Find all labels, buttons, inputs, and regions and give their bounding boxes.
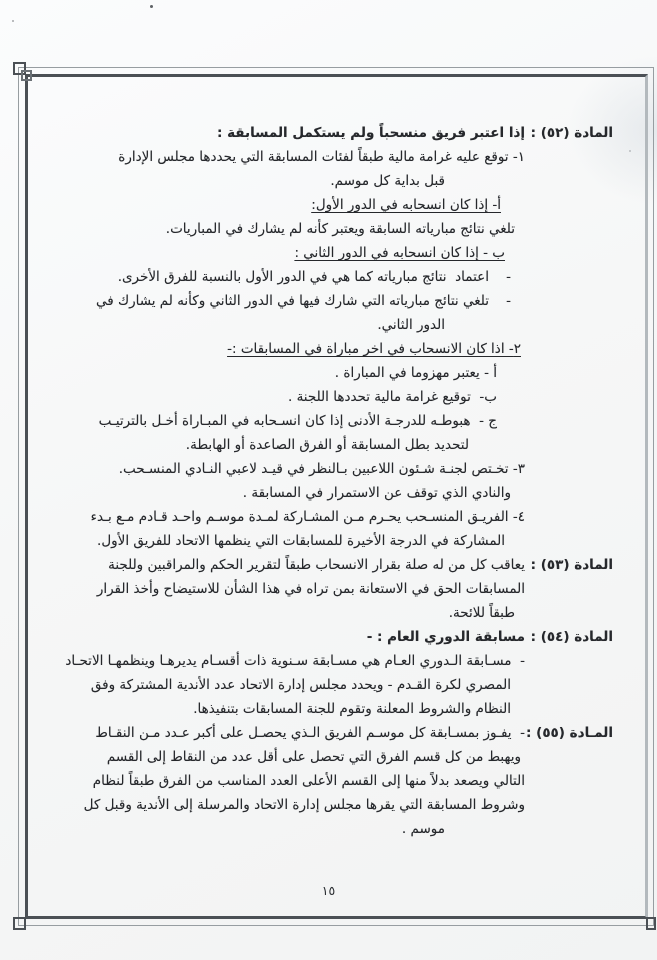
text-line: والنادي الذي توقف عن الاستمرار في المساب… bbox=[50, 481, 525, 505]
text-line: يعاقب كل من له صلة بقرار الانسحاب طبقاً … bbox=[50, 553, 525, 577]
border-corner-ornament bbox=[13, 917, 26, 930]
text-line: تلغي نتائج مبارياته السابقة ويعتبر كأنه … bbox=[50, 217, 525, 241]
subsection-heading: ب - إذا كان انسحابه في الدور الثاني : bbox=[50, 241, 525, 265]
text-line: - اعتماد نتائج مبارياته كما هي في الدور … bbox=[50, 265, 525, 289]
article-54-body: مسابقة الدوري العام : - - مسـابقة الـدور… bbox=[50, 625, 525, 721]
page-content: المادة (٥٢) : إذا اعتبر فريق منسحباً ولم… bbox=[50, 121, 613, 841]
text-line: ٤- الفريـق المنسـحب يحـرم مـن المشـاركة … bbox=[50, 505, 525, 529]
text-line: - مسـابقة الـدوري العـام هي مسـابقة سـنو… bbox=[50, 649, 525, 673]
article-54: المادة (٥٤) : مسابقة الدوري العام : - - … bbox=[50, 625, 613, 721]
text-line: المصري لكرة القـدم - ويحدد مجلس إدارة ال… bbox=[50, 673, 525, 697]
text-line: - تلغي نتائج مبارياته التي شارك فيها في … bbox=[50, 289, 525, 313]
page-number: ١٥ bbox=[0, 883, 657, 898]
article-53-body: يعاقب كل من له صلة بقرار الانسحاب طبقاً … bbox=[50, 553, 525, 625]
text-line: ٣- تخـتص لجنـة شـئون اللاعبين بـالنظر في… bbox=[50, 457, 525, 481]
text-line: قبل بداية كل موسم. bbox=[50, 169, 525, 193]
text-line: المسابقات الحق في الاستعانة بمن تراه في … bbox=[50, 577, 525, 601]
text-line: لتحديد بطل المسابقة أو الفرق الصاعدة أو … bbox=[50, 433, 525, 457]
article-52-heading: إذا اعتبر فريق منسحباً ولم يستكمل المساب… bbox=[50, 121, 525, 145]
article-53: المادة (٥٣) : يعاقب كل من له صلة بقرار ا… bbox=[50, 553, 613, 625]
article-54-heading: مسابقة الدوري العام : - bbox=[50, 625, 525, 649]
border-corner-ornament bbox=[646, 917, 656, 930]
text-line: المشاركة في الدرجة الأخيرة للمسابقات الت… bbox=[50, 529, 525, 553]
text-line: - يفـوز بمسـابقة كل موسـم الفريق الـذي ي… bbox=[50, 721, 525, 745]
article-55-body: - يفـوز بمسـابقة كل موسـم الفريق الـذي ي… bbox=[50, 721, 525, 841]
subsection-heading: ٢- اذا كان الانسحاب في اخر مباراة في الم… bbox=[50, 337, 525, 361]
text-line: ١- توقع عليه غرامة مالية طبقاً لفئات الم… bbox=[50, 145, 525, 169]
article-52: المادة (٥٢) : إذا اعتبر فريق منسحباً ولم… bbox=[50, 121, 613, 553]
article-52-body: إذا اعتبر فريق منسحباً ولم يستكمل المساب… bbox=[50, 121, 525, 553]
article-55: المـادة (٥٥) : - يفـوز بمسـابقة كل موسـم… bbox=[50, 721, 613, 841]
scan-speck bbox=[12, 20, 14, 22]
text-line: ج - هبوطـه للدرجـة الأدنى إذا كان انسـحا… bbox=[50, 409, 525, 433]
subsection-heading: أ- إذا كان انسحابه في الدور الأول: bbox=[50, 193, 525, 217]
article-53-label: المادة (٥٣) : bbox=[525, 553, 613, 625]
text-line: الدور الثاني. bbox=[50, 313, 525, 337]
text-line: التالي ويصعد بدلاً منها إلى القسم الأعلى… bbox=[50, 769, 525, 793]
text-line: النظام والشروط المعلنة وتقوم للجنة المسا… bbox=[50, 697, 525, 721]
text-line: ويهبط من كل قسم الفرق التي تحصل على أقل … bbox=[50, 745, 525, 769]
text-line: ب- توقيع غرامة مالية تحددها اللجنة . bbox=[50, 385, 525, 409]
article-55-label: المـادة (٥٥) : bbox=[525, 721, 613, 841]
scan-speck bbox=[150, 5, 153, 8]
border-corner-ornament bbox=[21, 70, 32, 81]
scanned-document-page: المادة (٥٢) : إذا اعتبر فريق منسحباً ولم… bbox=[0, 0, 657, 960]
text-line: موسم . bbox=[50, 817, 525, 841]
text-line: طبقاً للائحة. bbox=[50, 601, 525, 625]
text-line: وشروط المسابقة التي يقرها مجلس إدارة الا… bbox=[50, 793, 525, 817]
text-line: أ - يعتبر مهزوما في المباراة . bbox=[50, 361, 525, 385]
article-54-label: المادة (٥٤) : bbox=[525, 625, 613, 721]
article-52-label: المادة (٥٢) : bbox=[525, 121, 613, 553]
